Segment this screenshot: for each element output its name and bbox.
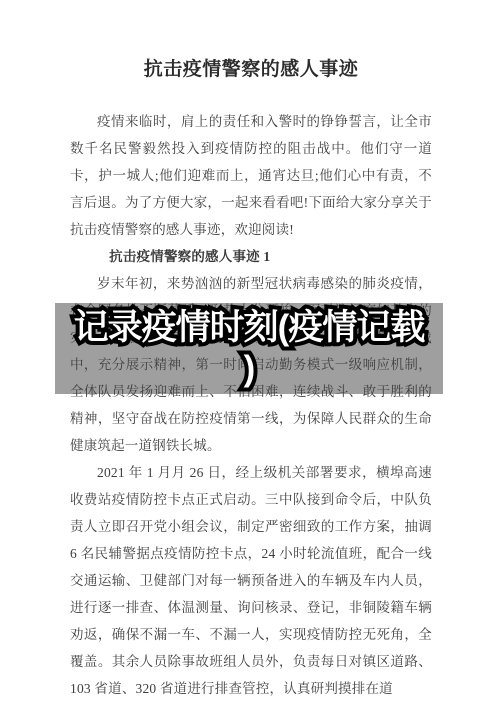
document-content: 抗击疫情警察的感人事迹 疫情来临时，肩上的责任和入警时的铮铮誓言，让全市数千名民…: [0, 0, 500, 702]
document-page: 抗击疫情警察的感人事迹 疫情来临时，肩上的责任和入警时的铮铮誓言，让全市数千名民…: [0, 0, 500, 706]
paragraph-section1-2: 2021 年 1 月月 26 日，经上级机关部署要求，横埠高速收费站疫情防控卡点…: [70, 459, 432, 702]
paragraph-intro: 疫情来临时，肩上的责任和入警时的铮铮誓言，让全市数千名民警毅然投入到疫情防控的阻…: [70, 108, 432, 243]
section-heading: 抗击疫情警察的感人事迹 1: [70, 243, 432, 270]
page-title: 抗击疫情警察的感人事迹: [70, 56, 432, 83]
paragraph-section1-1: 岁末年初，来势汹汹的新型冠状病毒感染的肺炎疫情，在全国各地不断蔓延，形势十分严峻…: [70, 270, 432, 459]
